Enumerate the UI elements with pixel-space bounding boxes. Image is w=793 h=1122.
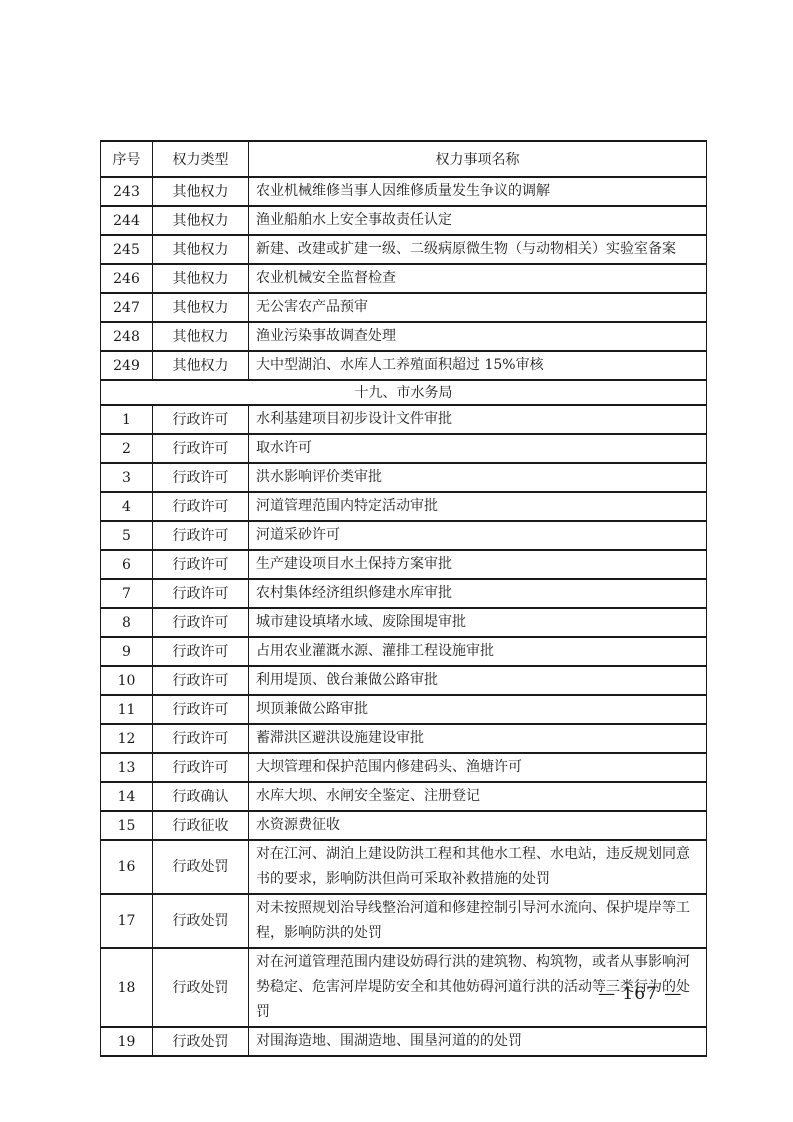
power-name-cell: 新建、改建或扩建一级、二级病原微生物（与动物相关）实验室备案 [249, 235, 707, 264]
power-type-cell: 行政处罚 [153, 1027, 249, 1056]
table-row: 249其他权力大中型湖泊、水库人工养殖面积超过 15%审核 [101, 351, 707, 380]
table-row: 12行政许可蓄滞洪区避洪设施建设审批 [101, 724, 707, 753]
row-number-cell: 10 [101, 666, 153, 695]
table-row: 16行政处罚对在江河、湖泊上建设防洪工程和其他水工程、水电站，违反规划同意书的要… [101, 840, 707, 894]
table-row: 248其他权力渔业污染事故调查处理 [101, 322, 707, 351]
power-name-cell: 渔业船舶水上安全事故责任认定 [249, 206, 707, 235]
row-number-cell: 19 [101, 1027, 153, 1056]
table-row: 7行政许可农村集体经济组织修建水库审批 [101, 579, 707, 608]
column-header-number: 序号 [101, 141, 153, 177]
power-type-cell: 行政许可 [153, 579, 249, 608]
power-name-cell: 农业机械安全监督检查 [249, 264, 707, 293]
table-row: 8行政许可城市建设填堵水域、废除围堤审批 [101, 608, 707, 637]
row-number-cell: 11 [101, 695, 153, 724]
row-number-cell: 12 [101, 724, 153, 753]
power-name-cell: 蓄滞洪区避洪设施建设审批 [249, 724, 707, 753]
page-number: — 167 — [598, 984, 682, 1004]
row-number-cell: 18 [101, 948, 153, 1027]
table-row: 247其他权力无公害农产品预审 [101, 293, 707, 322]
table-row: 4行政许可河道管理范围内特定活动审批 [101, 492, 707, 521]
power-name-cell: 无公害农产品预审 [249, 293, 707, 322]
power-name-cell: 渔业污染事故调查处理 [249, 322, 707, 351]
authority-items-table: 序号 权力类型 权力事项名称 243其他权力农业机械维修当事人因维修质量发生争议… [100, 140, 707, 1057]
power-type-cell: 其他权力 [153, 206, 249, 235]
power-type-cell: 行政许可 [153, 637, 249, 666]
row-number-cell: 8 [101, 608, 153, 637]
row-number-cell: 13 [101, 753, 153, 782]
table-row: 245其他权力新建、改建或扩建一级、二级病原微生物（与动物相关）实验室备案 [101, 235, 707, 264]
column-header-power-name: 权力事项名称 [249, 141, 707, 177]
power-type-cell: 行政许可 [153, 666, 249, 695]
power-name-cell: 占用农业灌溉水源、灌排工程设施审批 [249, 637, 707, 666]
row-number-cell: 9 [101, 637, 153, 666]
table-row: 19行政处罚对围海造地、围湖造地、围垦河道的的处罚 [101, 1027, 707, 1056]
row-number-cell: 243 [101, 177, 153, 206]
row-number-cell: 246 [101, 264, 153, 293]
power-type-cell: 行政许可 [153, 695, 249, 724]
table-header-row: 序号 权力类型 权力事项名称 [101, 141, 707, 177]
row-number-cell: 245 [101, 235, 153, 264]
table-row: 243其他权力农业机械维修当事人因维修质量发生争议的调解 [101, 177, 707, 206]
power-type-cell: 行政许可 [153, 753, 249, 782]
power-type-cell: 行政许可 [153, 434, 249, 463]
row-number-cell: 15 [101, 811, 153, 840]
table-row: 2行政许可取水许可 [101, 434, 707, 463]
table-row: 11行政许可坝顶兼做公路审批 [101, 695, 707, 724]
power-type-cell: 行政许可 [153, 521, 249, 550]
power-type-cell: 行政许可 [153, 608, 249, 637]
power-name-cell: 洪水影响评价类审批 [249, 463, 707, 492]
power-name-cell: 对未按照规划治导线整治河道和修建控制引导河水流向、保护堤岸等工程，影响防洪的处罚 [249, 894, 707, 948]
table-row: 246其他权力农业机械安全监督检查 [101, 264, 707, 293]
power-type-cell: 其他权力 [153, 322, 249, 351]
table-row: 1行政许可水利基建项目初步设计文件审批 [101, 405, 707, 434]
row-number-cell: 247 [101, 293, 153, 322]
authority-items-table-container: 序号 权力类型 权力事项名称 243其他权力农业机械维修当事人因维修质量发生争议… [100, 140, 706, 1057]
power-name-cell: 取水许可 [249, 434, 707, 463]
column-header-power-type: 权力类型 [153, 141, 249, 177]
row-number-cell: 6 [101, 550, 153, 579]
power-type-cell: 行政许可 [153, 550, 249, 579]
power-name-cell: 对围海造地、围湖造地、围垦河道的的处罚 [249, 1027, 707, 1056]
power-type-cell: 行政处罚 [153, 840, 249, 894]
row-number-cell: 5 [101, 521, 153, 550]
row-number-cell: 2 [101, 434, 153, 463]
table-row: 244其他权力渔业船舶水上安全事故责任认定 [101, 206, 707, 235]
power-type-cell: 行政许可 [153, 724, 249, 753]
power-type-cell: 行政处罚 [153, 948, 249, 1027]
table-row: 13行政许可大坝管理和保护范围内修建码头、渔塘许可 [101, 753, 707, 782]
power-type-cell: 行政确认 [153, 782, 249, 811]
row-number-cell: 1 [101, 405, 153, 434]
row-number-cell: 7 [101, 579, 153, 608]
row-number-cell: 248 [101, 322, 153, 351]
table-header: 序号 权力类型 权力事项名称 [101, 141, 707, 177]
power-name-cell: 河道采砂许可 [249, 521, 707, 550]
table-row: 9行政许可占用农业灌溉水源、灌排工程设施审批 [101, 637, 707, 666]
power-name-cell: 大坝管理和保护范围内修建码头、渔塘许可 [249, 753, 707, 782]
power-name-cell: 水利基建项目初步设计文件审批 [249, 405, 707, 434]
power-name-cell: 城市建设填堵水域、废除围堤审批 [249, 608, 707, 637]
power-name-cell: 生产建设项目水土保持方案审批 [249, 550, 707, 579]
power-type-cell: 其他权力 [153, 293, 249, 322]
table-row: 10行政许可利用堤顶、戗台兼做公路审批 [101, 666, 707, 695]
power-type-cell: 行政征收 [153, 811, 249, 840]
power-type-cell: 其他权力 [153, 177, 249, 206]
power-name-cell: 利用堤顶、戗台兼做公路审批 [249, 666, 707, 695]
power-type-cell: 行政处罚 [153, 894, 249, 948]
power-name-cell: 水库大坝、水闸安全鉴定、注册登记 [249, 782, 707, 811]
power-type-cell: 行政许可 [153, 492, 249, 521]
row-number-cell: 14 [101, 782, 153, 811]
power-type-cell: 其他权力 [153, 351, 249, 380]
power-type-cell: 行政许可 [153, 463, 249, 492]
power-name-cell: 坝顶兼做公路审批 [249, 695, 707, 724]
power-name-cell: 对在江河、湖泊上建设防洪工程和其他水工程、水电站，违反规划同意书的要求，影响防洪… [249, 840, 707, 894]
power-type-cell: 行政许可 [153, 405, 249, 434]
power-name-cell: 农业机械维修当事人因维修质量发生争议的调解 [249, 177, 707, 206]
table-row: 14行政确认水库大坝、水闸安全鉴定、注册登记 [101, 782, 707, 811]
power-name-cell: 水资源费征收 [249, 811, 707, 840]
section-header-cell: 十九、市水务局 [101, 380, 707, 405]
table-body: 243其他权力农业机械维修当事人因维修质量发生争议的调解244其他权力渔业船舶水… [101, 177, 707, 1056]
power-name-cell: 大中型湖泊、水库人工养殖面积超过 15%审核 [249, 351, 707, 380]
power-type-cell: 其他权力 [153, 235, 249, 264]
power-type-cell: 其他权力 [153, 264, 249, 293]
row-number-cell: 4 [101, 492, 153, 521]
row-number-cell: 244 [101, 206, 153, 235]
row-number-cell: 3 [101, 463, 153, 492]
power-name-cell: 河道管理范围内特定活动审批 [249, 492, 707, 521]
table-row: 6行政许可生产建设项目水土保持方案审批 [101, 550, 707, 579]
table-row: 17行政处罚对未按照规划治导线整治河道和修建控制引导河水流向、保护堤岸等工程，影… [101, 894, 707, 948]
section-row: 十九、市水务局 [101, 380, 707, 405]
power-name-cell: 农村集体经济组织修建水库审批 [249, 579, 707, 608]
table-row: 15行政征收水资源费征收 [101, 811, 707, 840]
table-row: 3行政许可洪水影响评价类审批 [101, 463, 707, 492]
row-number-cell: 16 [101, 840, 153, 894]
row-number-cell: 17 [101, 894, 153, 948]
row-number-cell: 249 [101, 351, 153, 380]
table-row: 5行政许可河道采砂许可 [101, 521, 707, 550]
